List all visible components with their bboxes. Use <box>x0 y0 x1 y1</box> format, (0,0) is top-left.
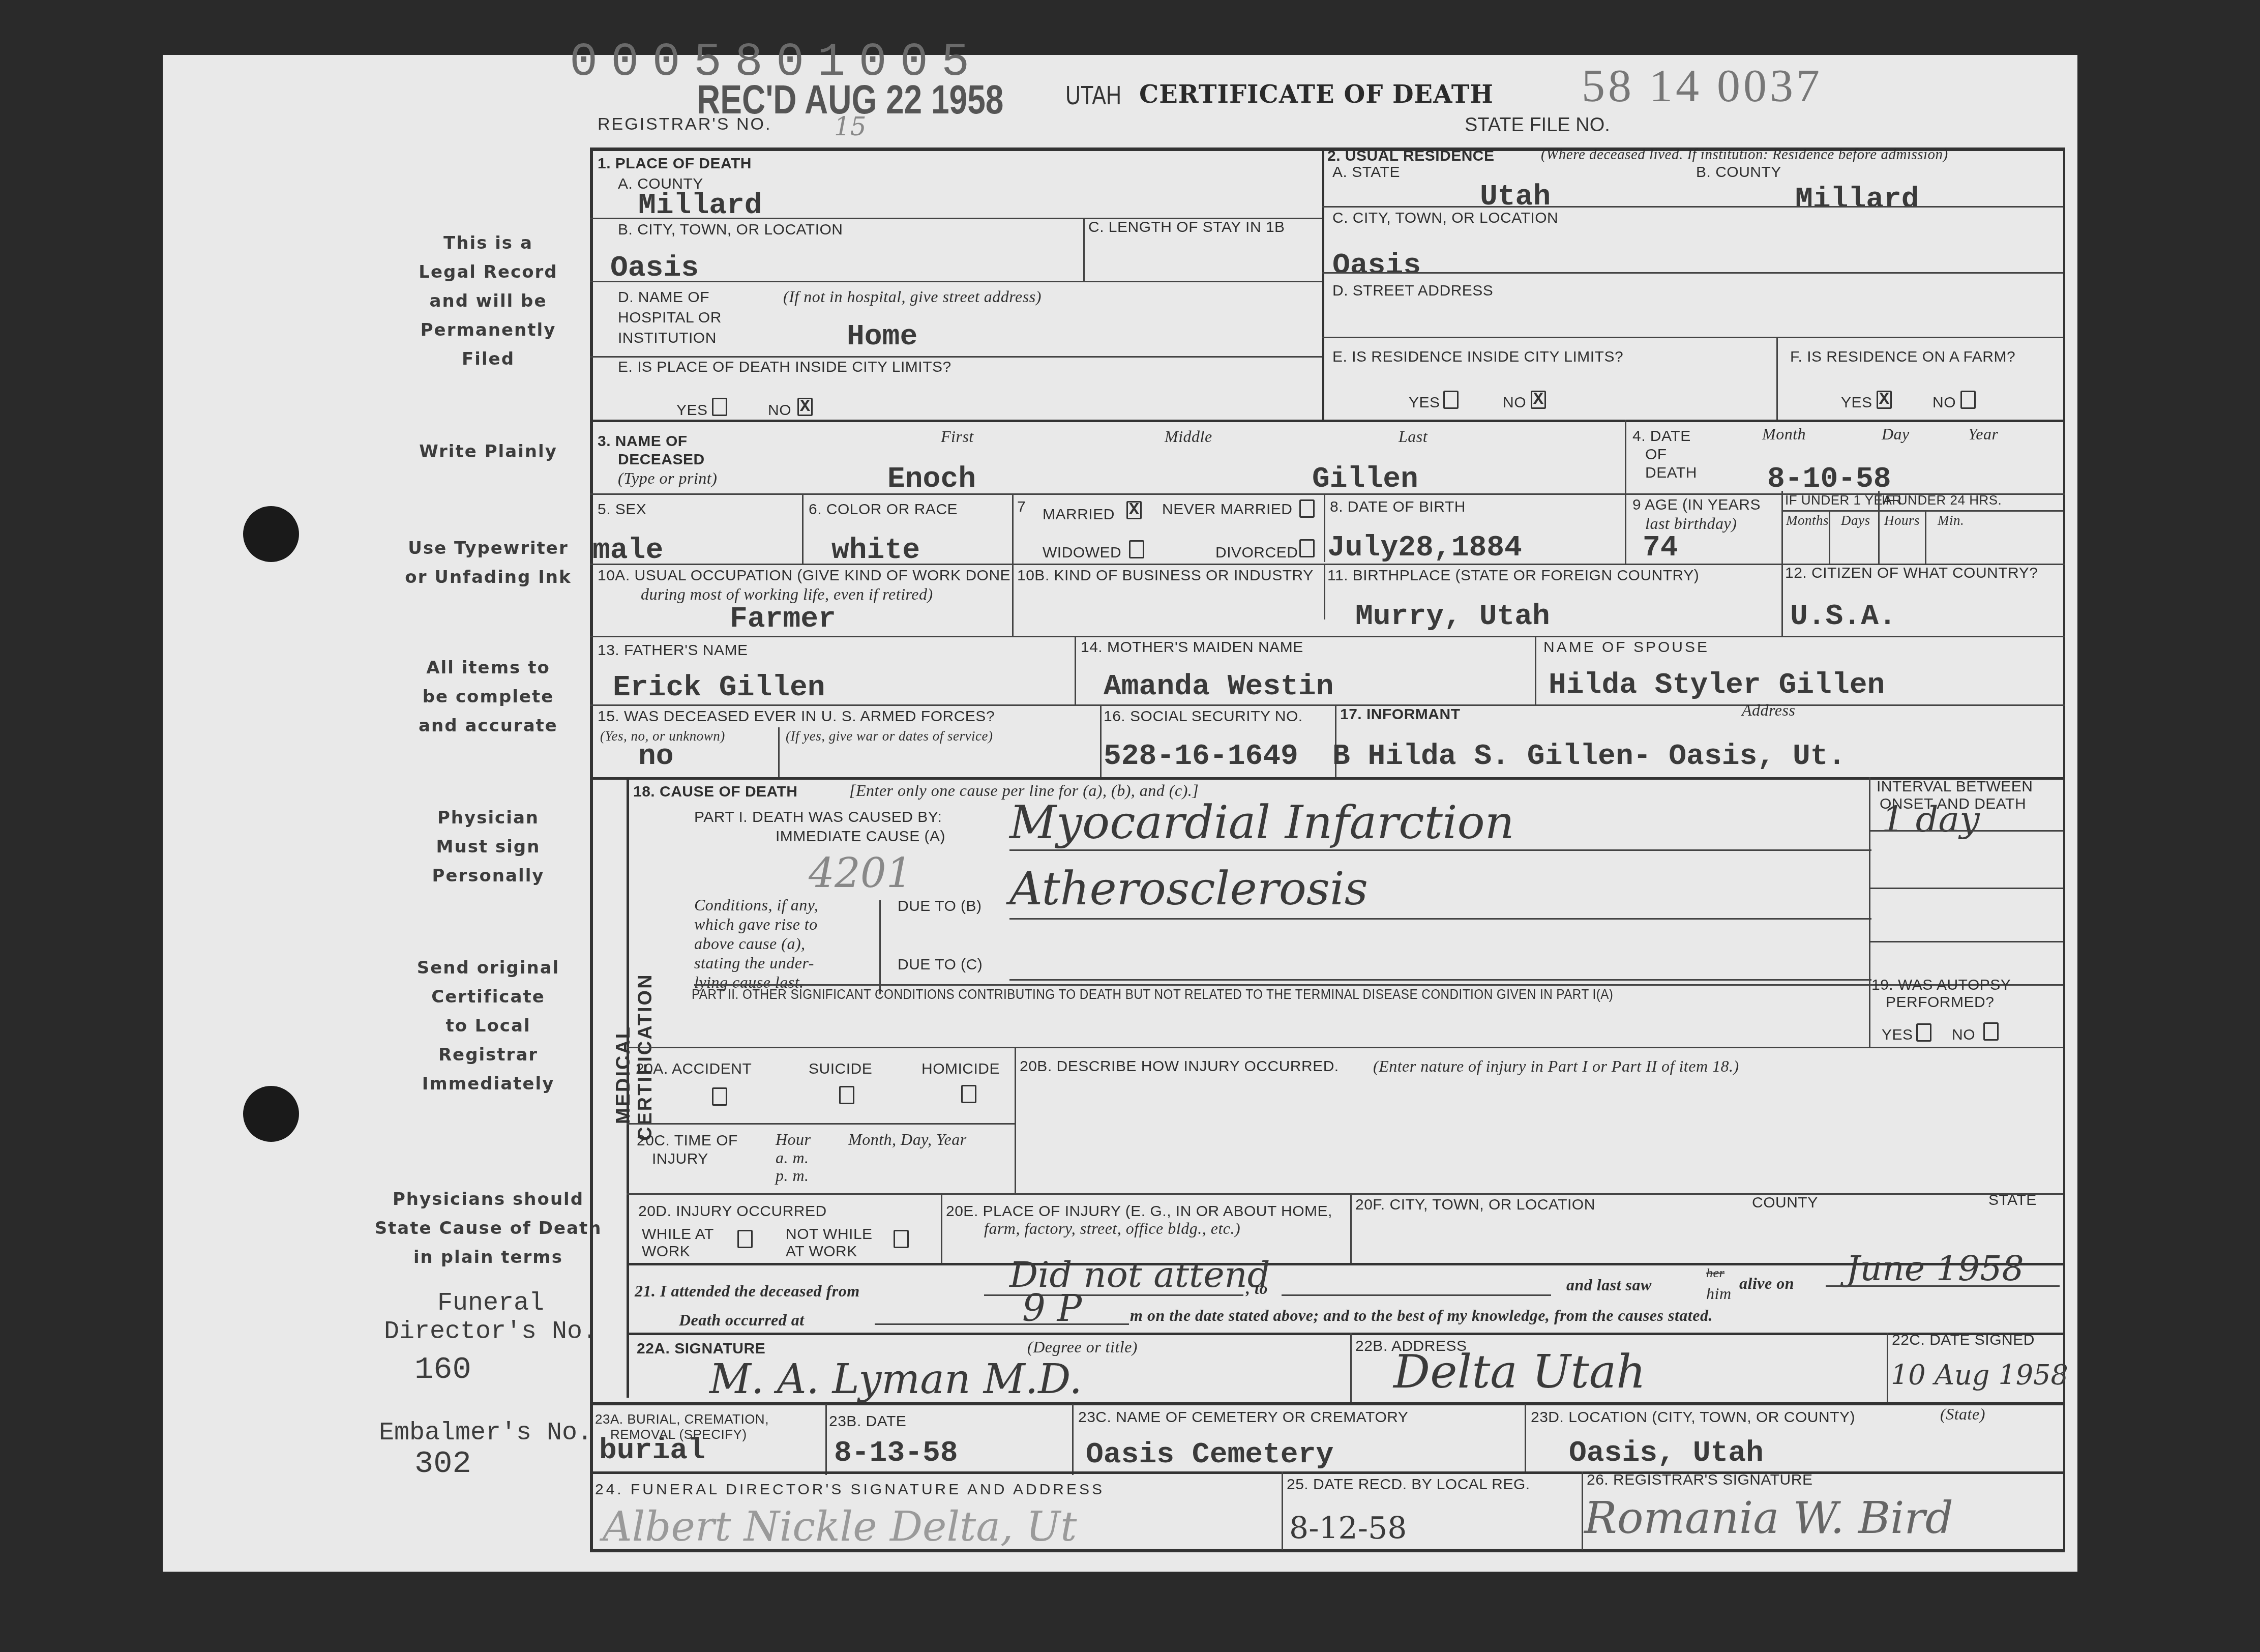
last-name-label: Last <box>1399 427 1428 446</box>
notice-line: State Cause of Death <box>366 1214 610 1243</box>
rule <box>1869 888 2063 889</box>
funeral-director-no-label: Funeral Director's No. <box>379 1289 603 1346</box>
last-seen-value[interactable]: June 1958 <box>1846 1249 2024 1289</box>
residence-farm-yes-label: YES <box>1841 394 1872 411</box>
due-to-b-value[interactable]: Atherosclerosis <box>1009 862 1368 916</box>
death-city-limits-no-checkbox[interactable]: X <box>797 398 813 416</box>
death-statement: m on the date stated above; and to the b… <box>1130 1306 1713 1325</box>
notice-line: Registrar <box>376 1041 600 1070</box>
describe-injury-value[interactable] <box>1022 1083 2055 1185</box>
min-label: Min. <box>1938 513 1964 528</box>
first-name-label: First <box>941 427 974 446</box>
immediate-cause-value[interactable]: Myocardial Infarction <box>1009 796 1514 849</box>
rule <box>627 1123 1015 1125</box>
mother-name-value[interactable]: Amanda Westin <box>1104 670 1333 703</box>
divorced-label: DIVORCED <box>1215 544 1298 562</box>
rule <box>1829 510 1830 564</box>
month-day-year-label: Month, Day, Year <box>848 1130 967 1149</box>
state-file-no: 58 14 0037 <box>1582 58 1823 112</box>
rule <box>875 1323 1129 1325</box>
notice-line: to Local <box>376 1012 600 1041</box>
interval-value[interactable]: 1 day <box>1882 799 1980 840</box>
rule <box>590 356 1322 358</box>
rule <box>590 636 2065 637</box>
rule <box>1869 777 1870 1047</box>
notice-line: in plain terms <box>366 1243 610 1272</box>
spouse-name-value[interactable]: Hilda Styler Gillen <box>1549 669 1885 702</box>
residence-city-limits-label: e. IS RESIDENCE INSIDE CITY LIMITS? <box>1332 348 1623 366</box>
label-line: HOSPITAL OR <box>618 308 722 328</box>
death-city-value[interactable]: Oasis <box>610 252 699 285</box>
rule <box>627 1047 2063 1048</box>
residence-street-label: d. STREET ADDRESS <box>1332 282 1493 300</box>
attended-from-label: 21. I attended the deceased from <box>635 1282 860 1301</box>
death-city-limits-yes-checkbox[interactable] <box>712 398 727 416</box>
accident-checkbox[interactable] <box>712 1087 727 1106</box>
due-to-b-label: DUE TO (b) <box>898 898 982 915</box>
rule <box>1075 636 1076 704</box>
time-of-injury-label: 20c. TIME OF INJURY <box>637 1132 738 1168</box>
part2-label: PART II. OTHER SIGNIFICANT CONDITIONS CO… <box>692 987 1613 1002</box>
to-label: , to <box>1246 1279 1268 1298</box>
label-line: AT WORK <box>786 1243 873 1260</box>
citizen-value[interactable]: U.S.A. <box>1790 600 1896 633</box>
race-value[interactable]: white <box>831 534 920 567</box>
notice-line: or Unfading Ink <box>376 563 600 592</box>
industry-value[interactable] <box>1017 595 1317 626</box>
last-name-value[interactable]: Gillen <box>1312 463 1418 496</box>
rule <box>1869 941 2063 942</box>
usual-residence-hint: (Where deceased lived. If institution: R… <box>1541 146 1948 163</box>
label-line: 9 AGE (In years <box>1632 496 1761 514</box>
residence-street-value[interactable] <box>1332 305 2044 336</box>
funeral-director-signature-label: 24. FUNERAL DIRECTOR'S SIGNATURE AND ADD… <box>595 1481 1105 1498</box>
section-rule <box>590 1402 2065 1405</box>
residence-city-label: c. CITY, TOWN, OR LOCATION <box>1332 210 1558 227</box>
due-to-c-line <box>1009 979 1871 981</box>
rule <box>1350 1333 1352 1404</box>
date-signed-value[interactable]: 10 Aug 1958 <box>1891 1359 2068 1391</box>
injury-occurred-label: 20d. INJURY OCCURRED <box>638 1203 827 1220</box>
signature-label: 22a. SIGNATURE <box>637 1340 765 1358</box>
burial-location-label: 23d. LOCATION (City, town, or county) <box>1531 1409 1855 1426</box>
cemetery-label: 23c. NAME OF CEMETERY OR CREMATORY <box>1078 1409 1408 1426</box>
rule <box>590 704 2065 706</box>
label-line: (Type or print) <box>598 469 717 487</box>
rule <box>1776 337 1778 421</box>
sex-label: 5. SEX <box>598 501 646 518</box>
certificate-title: CERTIFICATE OF DEATH <box>1139 80 1494 109</box>
homicide-checkbox[interactable] <box>961 1085 976 1103</box>
homicide-label: HOMICIDE <box>921 1060 1000 1078</box>
rule <box>1282 1471 1283 1550</box>
date-of-death-value[interactable]: 8-10-58 <box>1767 463 1891 496</box>
citizen-label: 12. CITIZEN OF WHAT COUNTRY? <box>1785 565 2038 582</box>
rule <box>1072 1404 1074 1475</box>
notice-line: Personally <box>376 862 600 891</box>
hint-line: stating the under- <box>694 953 818 972</box>
ssn-value[interactable]: 528-16-1649 <box>1104 740 1298 773</box>
notice-line: Certificate <box>376 983 600 1012</box>
war-service-hint: (If yes, give war or dates of service) <box>786 728 993 744</box>
race-label: 6. COLOR OR RACE <box>809 501 958 518</box>
embalmer-no: 302 <box>414 1450 471 1478</box>
occupation-value[interactable]: Farmer <box>730 603 836 636</box>
label-line: WORK <box>642 1243 714 1260</box>
date-of-birth-value[interactable]: July28,1884 <box>1327 532 1522 565</box>
notice-write-plainly: Write Plainly <box>376 437 600 466</box>
immediate-cause-label: IMMEDIATE CAUSE (a) <box>776 828 945 845</box>
not-while-at-work-checkbox[interactable] <box>894 1230 909 1248</box>
death-city-limits-yes-label: YES <box>676 402 708 419</box>
label-line: WHILE AT <box>642 1226 714 1243</box>
rule <box>1322 337 2063 338</box>
label-line: d. NAME OF <box>618 287 722 308</box>
residence-state-value[interactable]: Utah <box>1480 181 1551 214</box>
rule <box>627 1193 2063 1195</box>
place-of-injury-hint: farm, factory, street, office bldg., etc… <box>984 1219 1240 1238</box>
usual-residence-label: 2. USUAL RESIDENCE <box>1327 147 1495 165</box>
informant-label: 17. INFORMANT <box>1340 706 1461 723</box>
due-to-b-line <box>1009 918 1871 920</box>
death-occurred-label: Death occurred at <box>679 1311 805 1330</box>
spouse-name-label: NAME OF SPOUSE <box>1543 639 1709 656</box>
pm-label: p. m. <box>776 1166 809 1185</box>
rule <box>1350 1193 1352 1264</box>
autopsy-yes-label: YES <box>1882 1026 1913 1044</box>
label-line: INSTITUTION <box>618 328 722 348</box>
date-recd-label: 25. DATE RECD. BY LOCAL REG. <box>1287 1476 1530 1493</box>
under-24-hrs-label: IF UNDER 24 HRS. <box>1882 492 2002 508</box>
first-name-value[interactable]: Enoch <box>887 463 976 496</box>
residence-city-limits-yes-label: YES <box>1409 394 1440 411</box>
rule <box>1582 1471 1583 1550</box>
residence-county-value[interactable]: Millard <box>1795 183 1919 216</box>
pronoun-struck: her <box>1706 1265 1724 1281</box>
funeral-director-no: 160 <box>414 1355 471 1384</box>
notice-line: Legal Record <box>376 258 600 287</box>
residence-county-label: b. COUNTY <box>1696 164 1781 181</box>
not-while-at-work-label: NOT WHILE AT WORK <box>786 1226 873 1260</box>
rule <box>1324 493 1325 562</box>
notice-complete: All items to be complete and accurate <box>376 654 600 741</box>
hospital-label: d. NAME OF HOSPITAL OR INSTITUTION <box>618 287 722 348</box>
age-label: 9 AGE (In years last birthday) <box>1632 496 1761 533</box>
divorced-checkbox[interactable] <box>1299 539 1315 557</box>
part1-label: PART I. DEATH WAS CAUSED BY: <box>694 809 942 826</box>
length-of-stay-label: c. LENGTH OF STAY IN 1b <box>1088 219 1285 236</box>
notice-line: Immediately <box>376 1070 600 1099</box>
marital-num: 7 <box>1017 498 1026 516</box>
rule <box>802 493 804 565</box>
hospital-hint: (If not in hospital, give street address… <box>783 287 1042 306</box>
hole-punch-lower <box>243 1086 299 1142</box>
autopsy-no-label: NO <box>1952 1026 1975 1044</box>
section-rule <box>590 777 2065 780</box>
label-line: Director's No. <box>379 1318 603 1346</box>
residence-city-limits-no-checkbox[interactable]: X <box>1531 391 1546 409</box>
describe-injury-hint: (Enter nature of injury in Part I or Par… <box>1373 1057 1739 1076</box>
disposition-value[interactable]: burial <box>599 1434 705 1467</box>
rule <box>1826 1285 2060 1287</box>
while-at-work-label: WHILE AT WORK <box>642 1226 714 1260</box>
hole-punch-upper <box>243 506 299 562</box>
rule <box>1625 420 1626 493</box>
notice-state-cause: Physicians should State Cause of Death i… <box>366 1185 610 1272</box>
notice-line: This is a <box>376 229 600 258</box>
notice-line: Filed <box>376 345 600 374</box>
rule <box>778 727 780 778</box>
rule <box>590 281 1322 282</box>
death-city-limits-label: e. IS PLACE OF DEATH INSIDE CITY LIMITS? <box>618 359 951 376</box>
widowed-label: WIDOWED <box>1043 544 1121 562</box>
degree-label: (Degree or title) <box>1027 1338 1138 1356</box>
date-of-death-label: 4. DATE OF DEATH <box>1632 427 1697 482</box>
label-line: OF <box>1632 446 1697 464</box>
residence-farm-label: f. IS RESIDENCE ON A FARM? <box>1790 348 2015 366</box>
rule <box>941 1193 942 1264</box>
burial-state-label: (State) <box>1940 1405 1985 1424</box>
residence-farm-yes-checkbox[interactable]: X <box>1877 391 1892 409</box>
notice-physician-sign: Physician Must sign Personally <box>376 804 600 891</box>
rule <box>1869 830 2063 832</box>
describe-injury-label: 20b. DESCRIBE HOW INJURY OCCURRED. <box>1020 1058 1339 1075</box>
length-of-stay-value[interactable] <box>1091 249 1315 275</box>
date-of-birth-label: 8. DATE OF BIRTH <box>1330 498 1466 516</box>
months-label: Months <box>1786 513 1829 528</box>
rule <box>1887 1333 1888 1404</box>
occupation-label: 10a. USUAL OCCUPATION (Give kind of work… <box>598 567 1010 584</box>
label-line: 3. NAME OF <box>598 432 717 451</box>
residence-farm-no-checkbox[interactable] <box>1960 391 1976 409</box>
place-of-injury-label: 20e. PLACE OF INJURY (e. g., in or about… <box>946 1203 1332 1220</box>
physician-signature[interactable]: M. A. Lyman M.D. <box>709 1355 1082 1403</box>
date-recd-value[interactable]: 8-12-58 <box>1289 1511 1407 1546</box>
label-line: INJURY <box>637 1150 738 1168</box>
sex-value[interactable]: male <box>592 534 663 567</box>
residence-farm-no-label: NO <box>1932 394 1956 411</box>
label-line: 19. WAS AUTOPSY <box>1871 977 2011 994</box>
rule <box>1083 218 1085 281</box>
rule <box>1525 1404 1526 1472</box>
icd-code: 4201 <box>809 849 912 897</box>
registrar-no-value: 15 <box>834 112 867 141</box>
accident-label: 20a. ACCIDENT <box>636 1060 752 1078</box>
funeral-director-signature[interactable]: Albert Nickle Delta, Ut <box>603 1503 1077 1550</box>
burial-location-value[interactable]: Oasis, Utah <box>1569 1437 1764 1470</box>
label-line: last birthday) <box>1632 514 1761 533</box>
cause-of-death-label: 18. CAUSE OF DEATH <box>633 783 798 801</box>
injury-county-label: COUNTY <box>1752 1194 1818 1212</box>
industry-label: 10b. KIND OF BUSINESS OR INDUSTRY <box>1017 567 1314 584</box>
form-right-rule <box>2063 147 2065 1551</box>
suicide-checkbox[interactable] <box>839 1086 854 1104</box>
physician-address-value[interactable]: Delta Utah <box>1393 1345 1646 1399</box>
notice-send-original: Send original Certificate to Local Regis… <box>376 954 600 1099</box>
state-file-no-label: STATE FILE NO. <box>1465 114 1610 136</box>
rule <box>1925 510 1926 564</box>
age-value[interactable]: 74 <box>1643 532 1678 565</box>
notice-line: Physicians should <box>366 1185 610 1214</box>
armed-forces-value[interactable]: no <box>638 740 674 773</box>
rule <box>1322 206 2063 208</box>
notice-legal-record: This is a Legal Record and will be Perma… <box>376 229 600 374</box>
rule <box>1100 704 1102 778</box>
conditions-hint: Conditions, if any, which gave rise to a… <box>694 895 818 992</box>
days-label: Days <box>1841 513 1870 528</box>
day-label: Day <box>1882 425 1910 444</box>
label-line: Funeral <box>379 1289 603 1318</box>
burial-date-value[interactable]: 8-13-58 <box>834 1437 958 1470</box>
never-married-checkbox[interactable] <box>1299 499 1315 518</box>
notice-line: Use Typewriter <box>376 534 600 563</box>
label-line: DECEASED <box>598 451 717 469</box>
notice-line: Physician <box>376 804 600 833</box>
section-rule <box>590 420 2065 422</box>
label-line: 4. DATE <box>1632 427 1697 446</box>
rule <box>1781 510 2063 512</box>
form-left-rule <box>590 147 593 1551</box>
label-line: DEATH <box>1632 464 1697 482</box>
burial-date-label: 23b. DATE <box>829 1413 906 1430</box>
death-city-limits-no-label: NO <box>768 402 791 419</box>
registrar-signature[interactable]: Romania W. Bird <box>1584 1493 1953 1544</box>
residence-city-value[interactable]: Oasis <box>1332 249 1421 282</box>
rule <box>1322 272 2063 274</box>
embalmer-no-label: Embalmer's No. <box>379 1419 592 1448</box>
residence-city-limits-no-label: NO <box>1503 394 1526 411</box>
birthplace-value[interactable]: Murry, Utah <box>1355 600 1550 633</box>
notice-line: Must sign <box>376 833 600 862</box>
mother-name-label: 14. MOTHER'S MAIDEN NAME <box>1081 639 1303 656</box>
last-saw-label: and last saw <box>1566 1276 1652 1294</box>
ssn-label: 16. SOCIAL SECURITY NO. <box>1104 708 1303 725</box>
residence-state-label: a. STATE <box>1332 164 1400 181</box>
occupation-hint: during most of working life, even if ret… <box>641 585 933 604</box>
injury-city-label: 20f. CITY, TOWN, OR LOCATION <box>1355 1196 1595 1214</box>
birthplace-label: 11. BIRTHPLACE (State or foreign country… <box>1327 567 1699 584</box>
year-label: Year <box>1968 425 1999 444</box>
conditions-bracket <box>872 900 881 994</box>
divider-1-2 <box>1322 147 1324 422</box>
hint-line: which gave rise to <box>694 914 818 934</box>
place-of-death-label: 1. PLACE OF DEATH <box>598 155 752 172</box>
label-line: 20c. TIME OF <box>637 1132 738 1150</box>
cemetery-value[interactable]: Oasis Cemetery <box>1086 1438 1333 1471</box>
armed-forces-label: 15. WAS DECEASED EVER IN U. S. ARMED FOR… <box>598 708 995 725</box>
injury-state-label: STATE <box>1988 1192 2037 1209</box>
label-line: 23a. BURIAL, CREMATION, <box>595 1411 769 1427</box>
never-married-label: NEVER MARRIED <box>1162 501 1293 518</box>
notice-line: and will be <box>376 287 600 316</box>
father-name-value[interactable]: Erick Gillen <box>613 671 825 704</box>
registrar-no-label: REGISTRAR'S NO. <box>598 114 771 134</box>
hospital-value[interactable]: Home <box>847 320 917 353</box>
pronoun: him <box>1706 1284 1732 1303</box>
alive-on-label: alive on <box>1739 1274 1794 1293</box>
middle-name-label: Middle <box>1165 427 1212 446</box>
title-prefix: UTAH <box>1065 80 1121 111</box>
section-rule <box>590 1471 2065 1474</box>
hour-label: Hour <box>776 1130 811 1149</box>
due-to-c-value[interactable] <box>1009 946 1871 977</box>
rule <box>825 1404 827 1475</box>
notice-typewriter: Use Typewriter or Unfading Ink <box>376 534 600 592</box>
section-rule <box>627 1333 2063 1335</box>
hint-line: Conditions, if any, <box>694 895 818 914</box>
notice-line: be complete <box>376 683 600 712</box>
label-line: NOT WHILE <box>786 1226 873 1243</box>
autopsy-label: 19. WAS AUTOPSY PERFORMED? <box>1871 977 2011 1011</box>
rule <box>694 984 2063 986</box>
widowed-checkbox[interactable] <box>1129 540 1144 558</box>
immediate-cause-line <box>1009 849 1871 851</box>
autopsy-yes-checkbox[interactable] <box>1916 1023 1931 1042</box>
married-label: MARRIED <box>1043 506 1115 523</box>
rule <box>1535 636 1536 704</box>
notice-line: and accurate <box>376 712 600 741</box>
informant-value[interactable]: B Hilda S. Gillen- Oasis, Ut. <box>1332 740 1846 773</box>
due-to-c-label: DUE TO (c) <box>898 956 983 973</box>
death-city-label: b. CITY, TOWN, OR LOCATION <box>618 221 843 239</box>
notice-line: All items to <box>376 654 600 683</box>
suicide-label: SUICIDE <box>809 1060 872 1078</box>
hours-label: Hours <box>1884 513 1920 528</box>
label-line: INTERVAL BETWEEN <box>1877 778 2033 795</box>
father-name-label: 13. FATHER'S NAME <box>598 642 748 659</box>
autopsy-no-checkbox[interactable] <box>1983 1022 1999 1041</box>
month-label: Month <box>1762 425 1806 444</box>
date-signed-label: 22c. DATE SIGNED <box>1892 1332 2035 1349</box>
label-line: PERFORMED? <box>1871 994 2011 1011</box>
hint-line: above cause (a), <box>694 934 818 953</box>
informant-address-label: Address <box>1742 701 1795 720</box>
notice-line: Send original <box>376 954 600 983</box>
deceased-name-label: 3. NAME OF DECEASED (Type or print) <box>598 432 717 487</box>
residence-city-limits-yes-checkbox[interactable] <box>1443 391 1459 409</box>
rule <box>1878 491 1880 564</box>
rule <box>1324 564 1325 619</box>
am-label: a. m. <box>776 1148 809 1167</box>
notice-line: Permanently <box>376 316 600 345</box>
rule <box>1015 1047 1016 1194</box>
rule <box>1625 493 1626 565</box>
while-at-work-checbox[interactable] <box>737 1230 753 1248</box>
married-checkbox[interactable]: X <box>1126 501 1142 519</box>
registrar-signature-label: 26. REGISTRAR'S SIGNATURE <box>1587 1471 1812 1489</box>
rule <box>1282 1294 1551 1296</box>
